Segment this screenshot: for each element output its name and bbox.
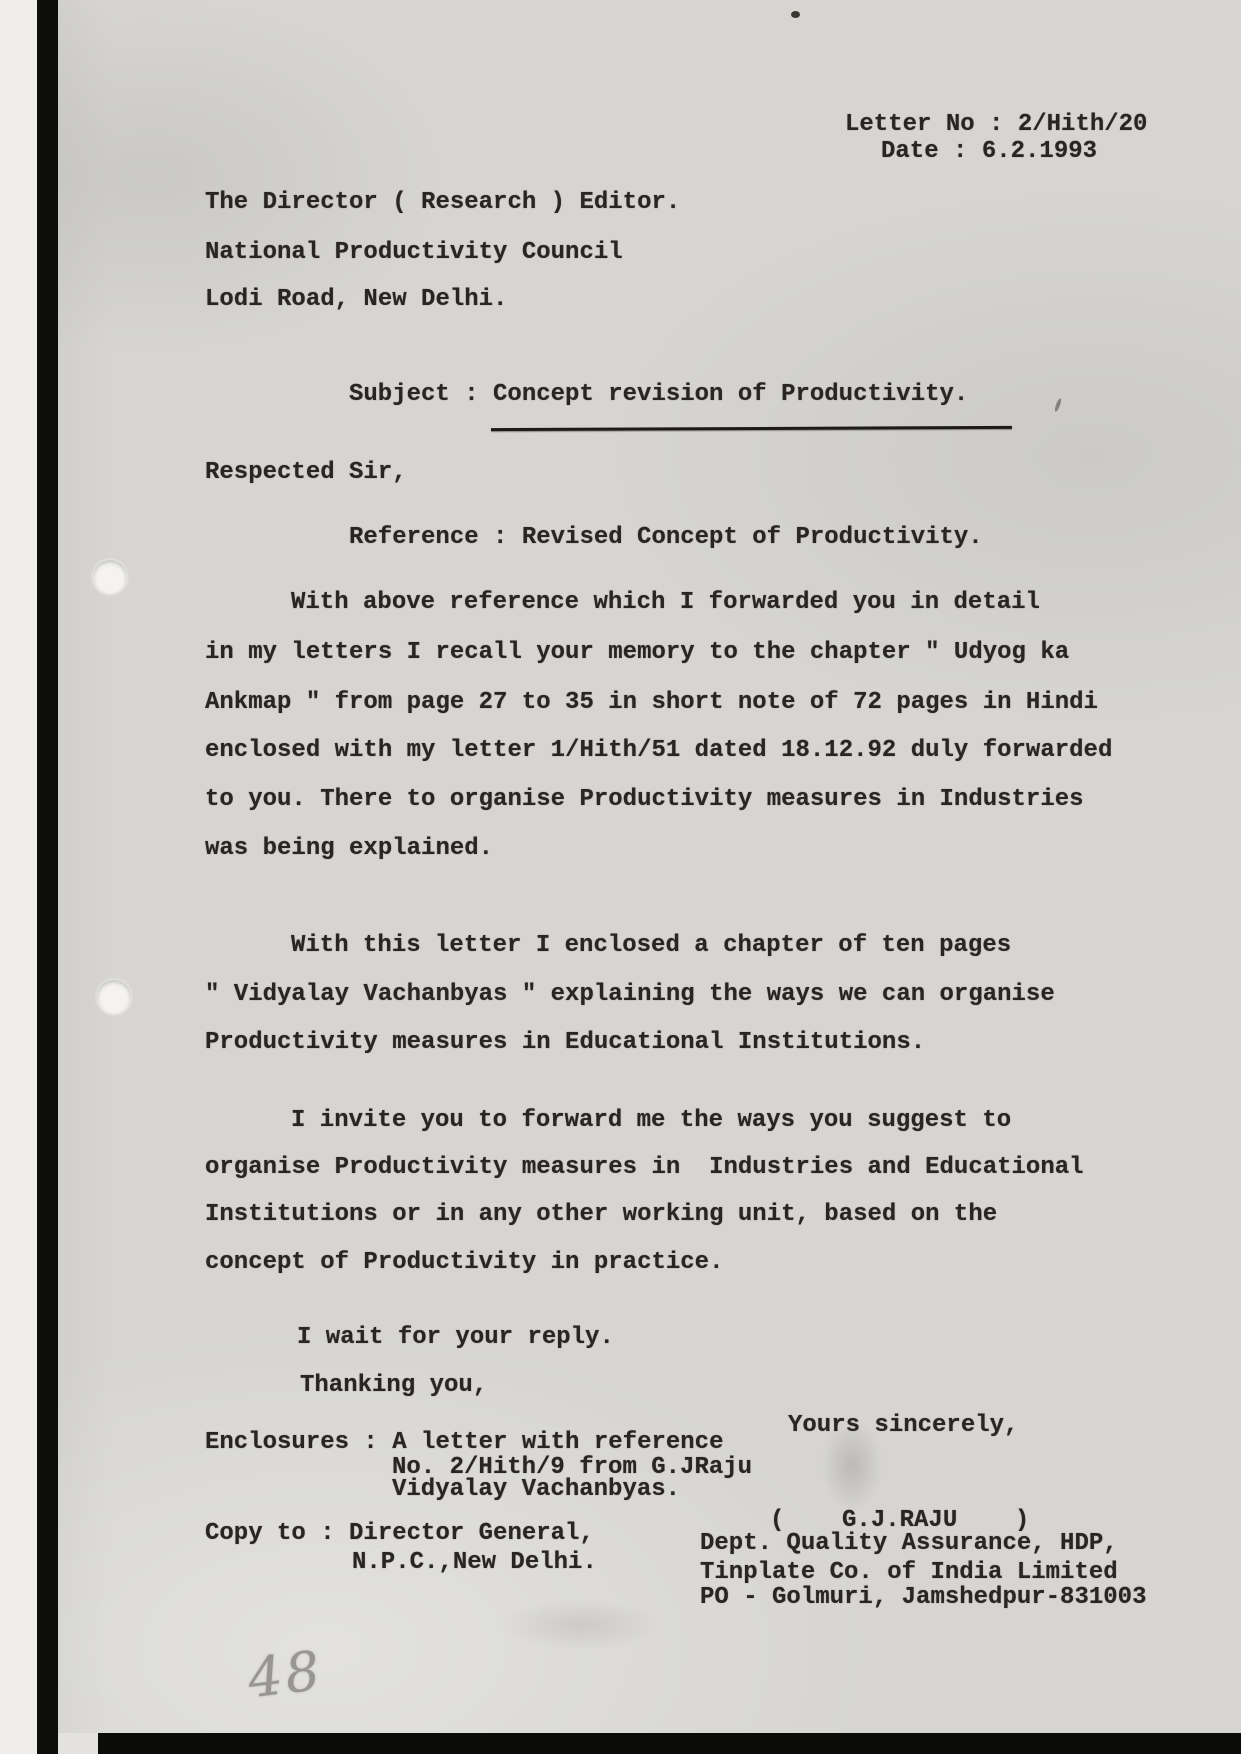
body-line: Ankmap " from page 27 to 35 in short not… [205,690,1098,716]
signature-dept: Dept. Quality Assurance, HDP, [700,1531,1118,1557]
scan-margin-left [0,0,37,1754]
addressee-line: The Director ( Research ) Editor. [205,190,680,216]
subject-line: Subject : Concept revision of Productivi… [349,382,968,408]
copy-to-line: Copy to : Director General, [205,1521,594,1547]
scan-speck [1054,398,1063,413]
body-line: With this letter I enclosed a chapter of… [291,933,1011,959]
paper-crease [500,1600,660,1650]
enclosures-line: Enclosures : A letter with reference [205,1430,723,1456]
body-line: Institutions or in any other working uni… [205,1202,997,1228]
copy-to-line: N.P.C.,New Delhi. [352,1550,597,1576]
letter-no: Letter No : 2/Hith/20 [845,112,1147,138]
addressee-line: National Productivity Council [205,240,623,266]
body-line: enclosed with my letter 1/Hith/51 dated … [205,738,1112,764]
body-line: I invite you to forward me the ways you … [291,1108,1011,1134]
closing-line: I wait for your reply. [297,1325,614,1351]
signature-company: Tinplate Co. of India Limited [700,1560,1118,1586]
scan-edge-bottom-gap [58,1733,98,1754]
scan-edge-bottom [98,1733,1241,1754]
scanned-letter-page: Letter No : 2/Hith/20 Date : 6.2.1993 Th… [0,0,1241,1754]
scan-speck [791,11,800,18]
body-line: " Vidyalay Vachanbyas " explaining the w… [205,982,1055,1008]
body-line: concept of Productivity in practice. [205,1250,723,1276]
enclosures-line: Vidyalay Vachanbyas. [392,1477,680,1503]
body-line: With above reference which I forwarded y… [291,590,1040,616]
subject-underline [491,426,1012,431]
hole-punch [93,560,127,594]
handwritten-page-number: 48 [245,1644,326,1707]
scan-edge-left [37,0,58,1754]
body-line: organise Productivity measures in Indust… [205,1155,1084,1181]
signature-address: PO - Golmuri, Jamshedpur-831003 [700,1585,1146,1611]
closing-line: Thanking you, [300,1373,487,1399]
addressee-line: Lodi Road, New Delhi. [205,287,507,313]
body-line: in my letters I recall your memory to th… [205,640,1069,666]
body-line: Productivity measures in Educational Ins… [205,1030,925,1056]
hole-punch [97,980,131,1014]
body-line: was being explained. [205,836,493,862]
letter-date: Date : 6.2.1993 [881,139,1097,165]
valediction: Yours sincerely, [788,1413,1018,1439]
salutation: Respected Sir, [205,460,407,486]
body-line: to you. There to organise Productivity m… [205,787,1084,813]
reference-line: Reference : Revised Concept of Productiv… [349,525,983,551]
